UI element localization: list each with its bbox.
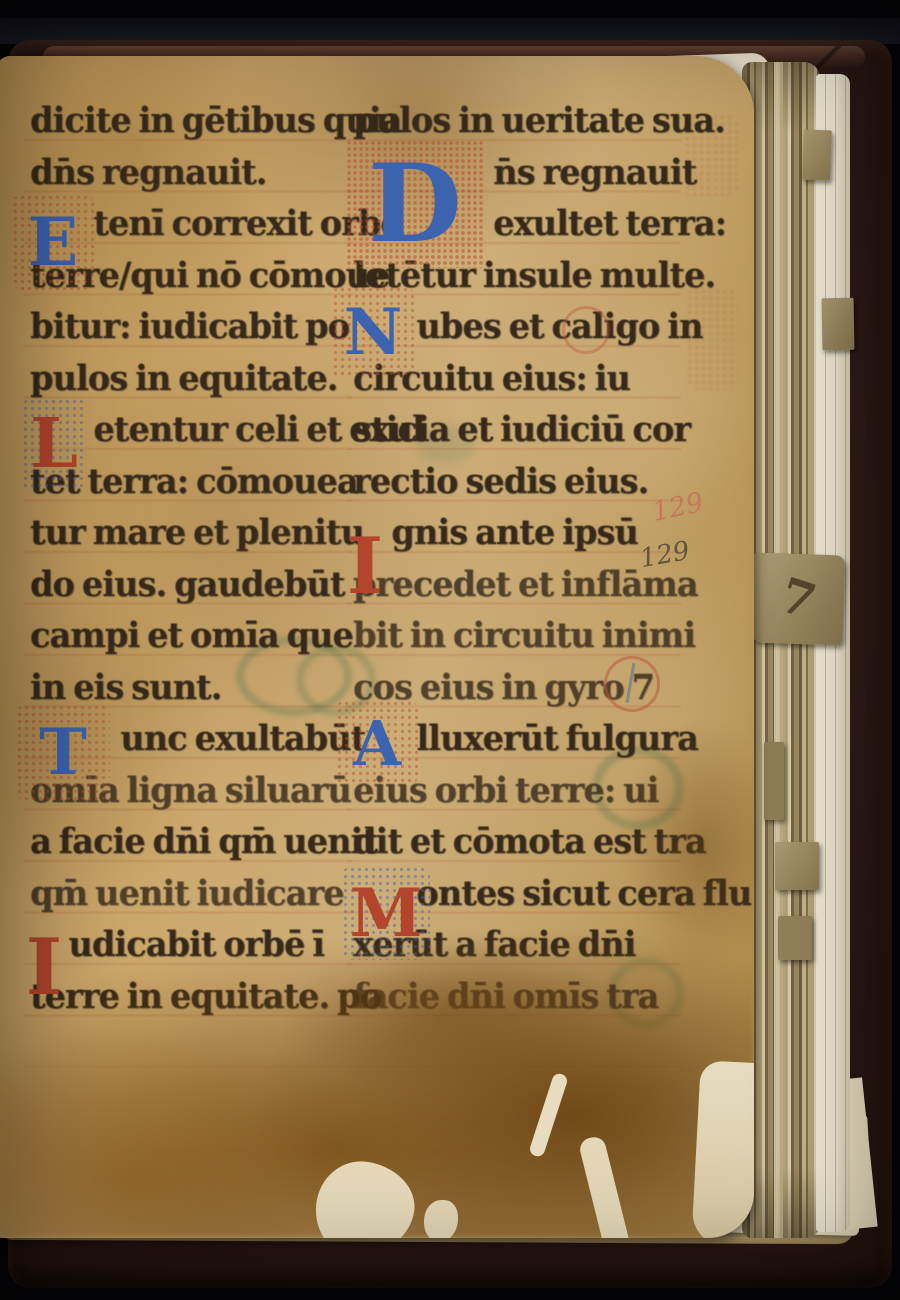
damage-patch <box>691 1060 754 1238</box>
manuscript-line: dn̄s regnauit. <box>30 147 333 199</box>
manuscript-line: udicabit orbē ī <box>30 919 333 971</box>
parchment-tab-marked: 7 <box>750 552 845 645</box>
damage-patch <box>424 1200 458 1238</box>
manuscript-line: pulos in ueritate sua. <box>353 95 662 147</box>
illuminated-initial-a: A <box>336 700 418 786</box>
illuminated-initial-m: M <box>342 866 430 960</box>
illuminated-initial-l: L <box>22 398 86 490</box>
parchment-tab <box>822 298 855 351</box>
manuscript-line: gnis ante ipsū <box>353 507 662 559</box>
manuscript-line: terre in equitate. po <box>30 971 333 1023</box>
illuminated-initial-i: I <box>26 918 62 1016</box>
parchment-tab <box>775 842 819 890</box>
manuscript-page: dicite in gētibus quia dn̄s regnauit. te… <box>0 56 754 1238</box>
parchment-tab <box>764 742 784 820</box>
manuscript-line: dit et cōmota est tra <box>353 816 662 868</box>
manuscript-line: rectio sedis eius. <box>353 456 662 508</box>
manuscript-line: pulos in equitate. <box>30 353 333 405</box>
manuscript-line: a facie dn̄i qm̄ uenit <box>30 816 333 868</box>
manuscript-line: bit in circuitu inimi <box>353 610 662 662</box>
damage-patch <box>578 1135 633 1238</box>
illuminated-initial-t: T <box>16 704 110 800</box>
illuminated-initial-d: D <box>346 140 484 268</box>
manuscript-line: precedet et inflāma <box>353 559 662 611</box>
damage-patch <box>528 1072 569 1158</box>
illuminated-initial-n: N <box>332 286 414 378</box>
manuscript-line: tur mare et plenitu <box>30 507 333 559</box>
manuscript-line: dicite in gētibus quia <box>30 95 333 147</box>
photo-frame: 7 dicite in gētibus quia dn̄s regnauit. … <box>0 0 900 1300</box>
tab-mark: 7 <box>773 567 822 631</box>
red-circle-mark <box>604 656 660 712</box>
manuscript-line: sticia et iudiciū cor <box>353 404 662 456</box>
damage-patch <box>310 1156 420 1238</box>
parchment-tab <box>778 916 812 960</box>
red-circle-mark <box>562 306 610 354</box>
illuminated-initial-e: E <box>12 194 94 290</box>
flyleaf-stack <box>816 74 850 1232</box>
manuscript-line: qm̄ uenit iudicare <box>30 868 333 920</box>
manuscript-line: bitur: iudicabit po <box>30 301 333 353</box>
parchment-tab <box>802 130 832 181</box>
manuscript-line: facie dn̄i omīs tra <box>353 971 662 1023</box>
manuscript-line: campi et omīa que <box>30 610 333 662</box>
illuminated-initial-i: I <box>348 516 382 616</box>
manuscript-line: do eius. gaudebūt <box>30 559 333 611</box>
